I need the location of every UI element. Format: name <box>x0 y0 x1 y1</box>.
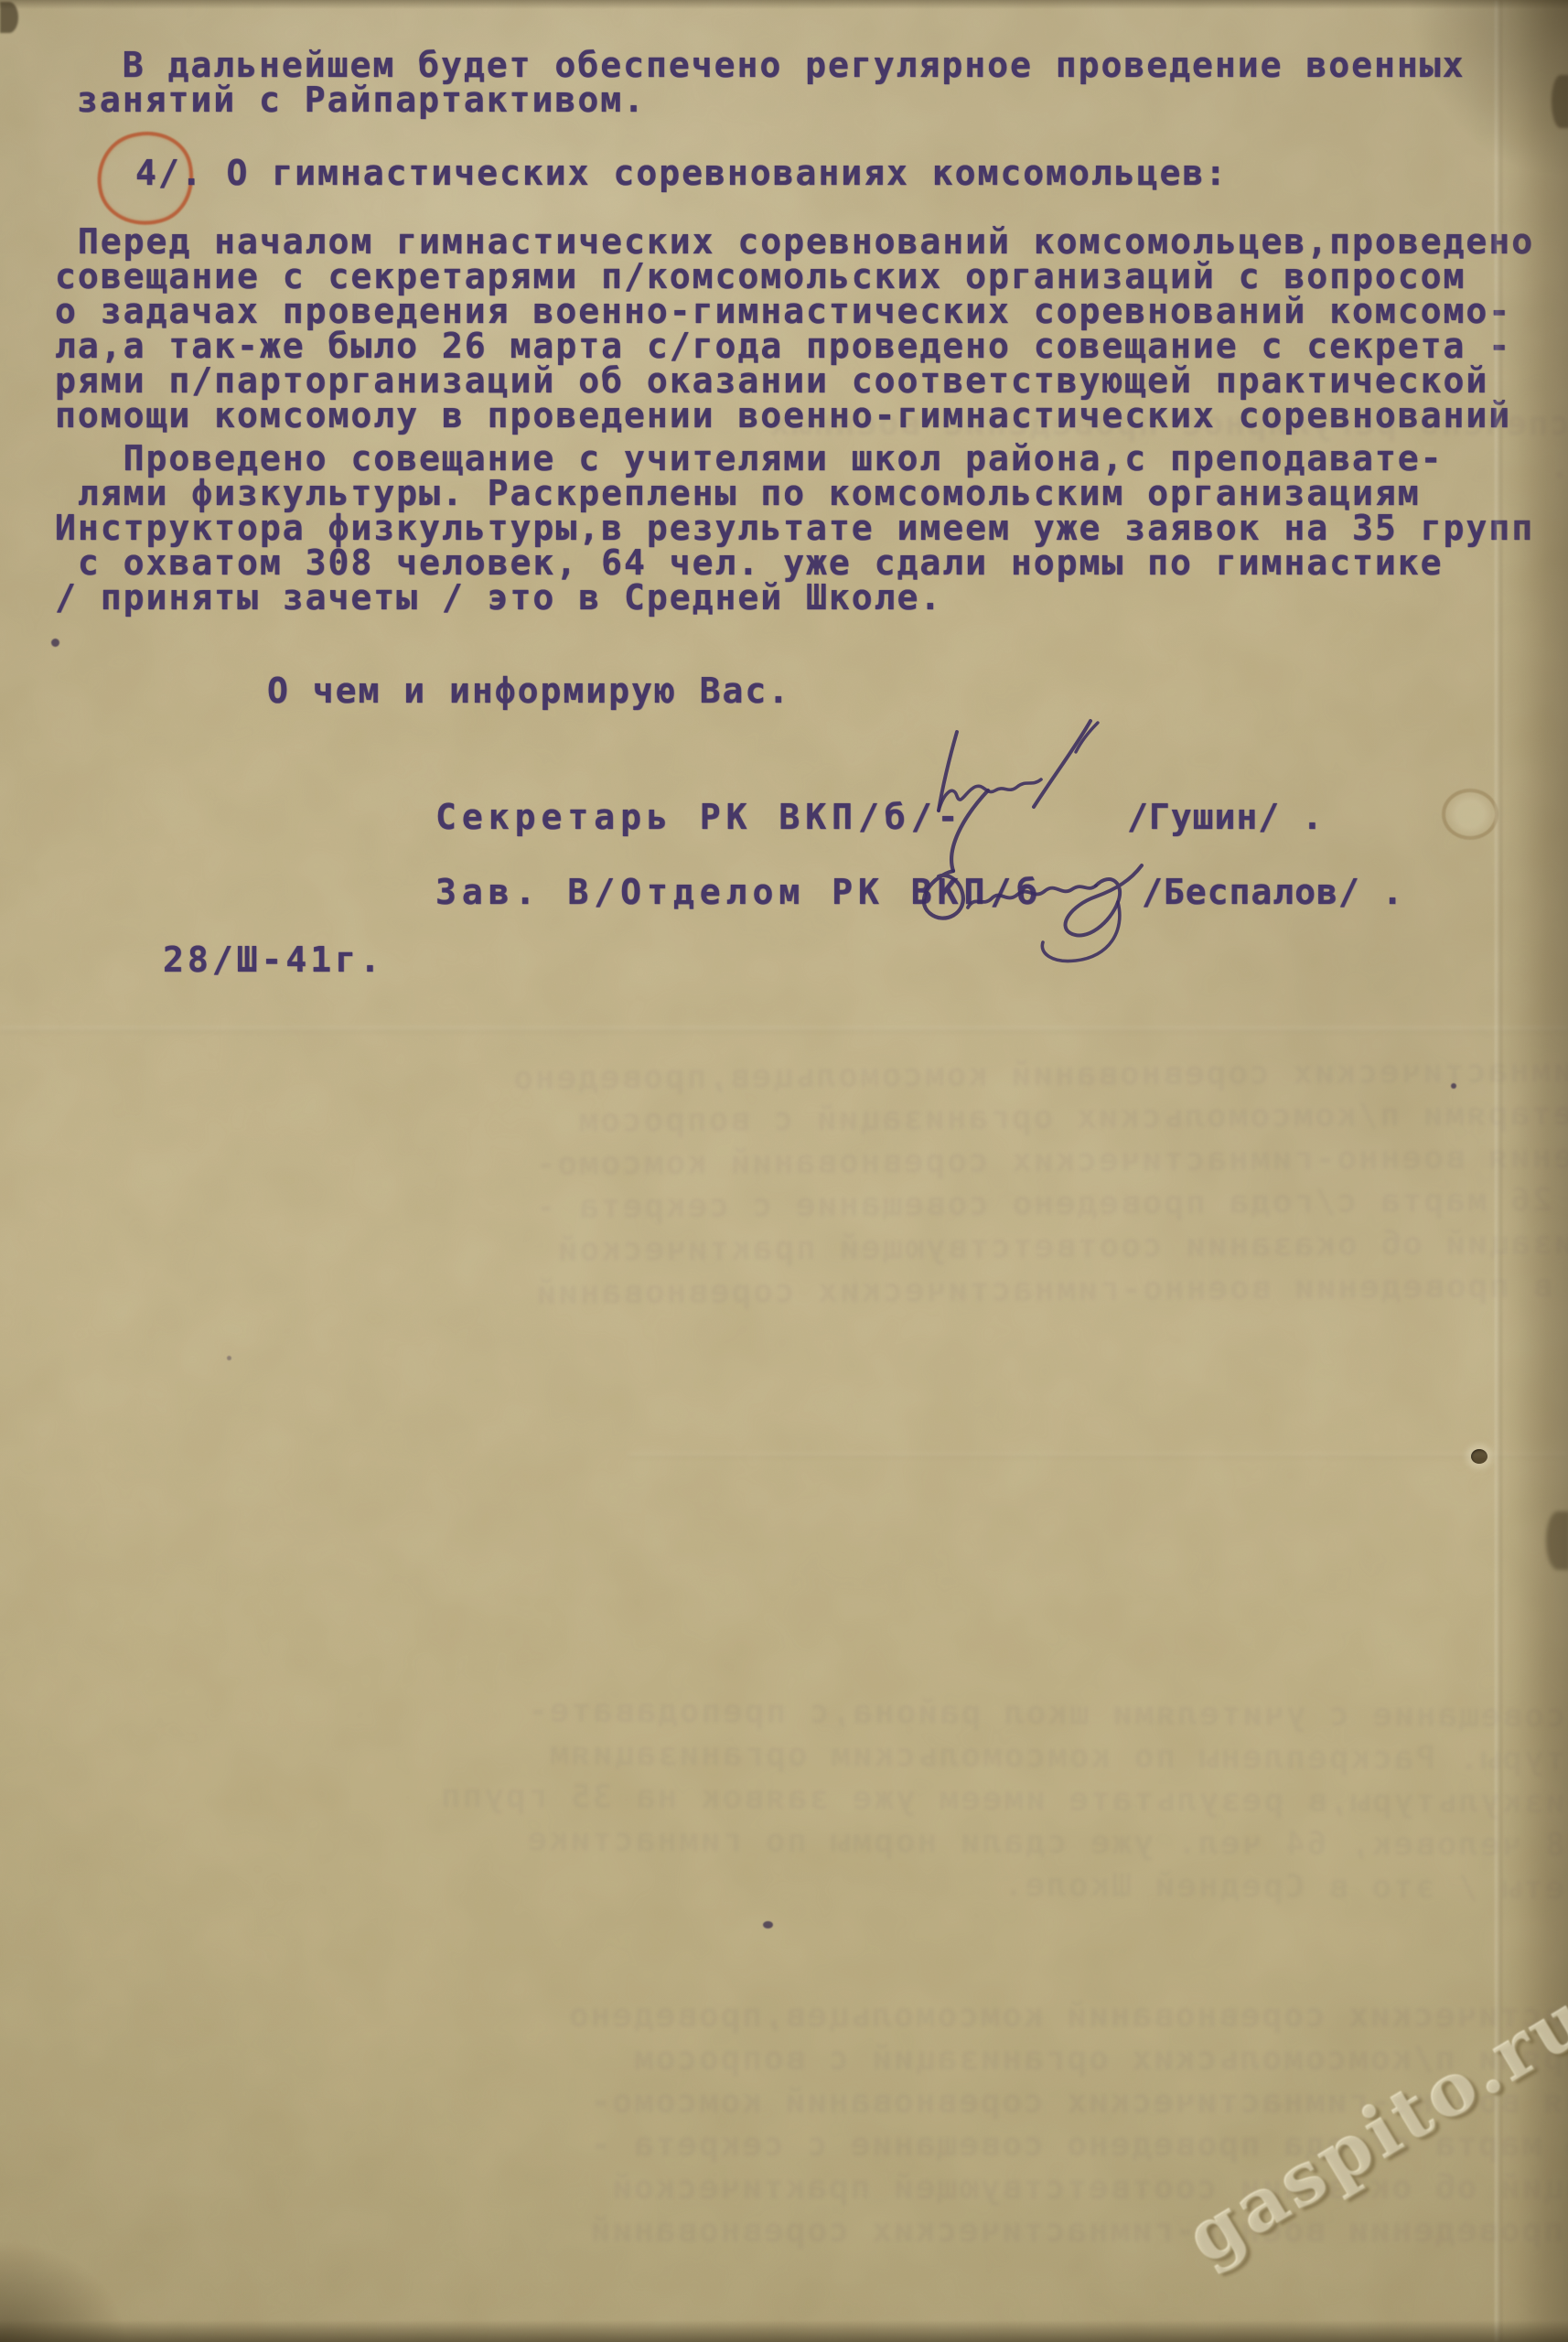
ink-speck <box>227 1356 231 1360</box>
horizontal-fold-crease <box>0 1026 1568 1033</box>
page-bottom-edge-shadow <box>0 2320 1568 2342</box>
bleedthrough-text: Перед началом гимнастических соревновани… <box>511 1047 1568 1316</box>
ink-speck <box>1451 1083 1456 1089</box>
bleedthrough-text: Проведено совещание с учителями школ рай… <box>438 1689 1568 1911</box>
corner-shadow <box>1394 0 1568 192</box>
section-heading: 4/. О гимнастических соревнованиях комсо… <box>135 156 1228 190</box>
corner-blemish <box>0 2 18 33</box>
paragraph-military-training: В дальнейшем будет обеспечено регулярное… <box>77 48 1466 117</box>
paragraph-pre-competition-meetings: Перед началом гимнастических соревновани… <box>55 224 1534 433</box>
ink-speck <box>763 1921 773 1928</box>
scanned-document-page: В дальнейшем будет обеспечено регулярное… <box>0 0 1568 2342</box>
closing-line: О чем и информирую Вас. <box>267 673 790 708</box>
ink-speck <box>51 639 59 647</box>
corner-shadow <box>0 2232 137 2342</box>
page-top-edge-shadow <box>0 0 1568 9</box>
signature-name-bespalov: /Беспалов/ . <box>1142 875 1404 909</box>
horizontal-fold-crease <box>628 1453 1568 1458</box>
date-line: 28/Ш-41г. <box>163 942 384 977</box>
paper-stain-ring <box>1442 789 1498 840</box>
paragraph-school-meetings: Проведено совещание с учителями школ рай… <box>55 441 1534 615</box>
